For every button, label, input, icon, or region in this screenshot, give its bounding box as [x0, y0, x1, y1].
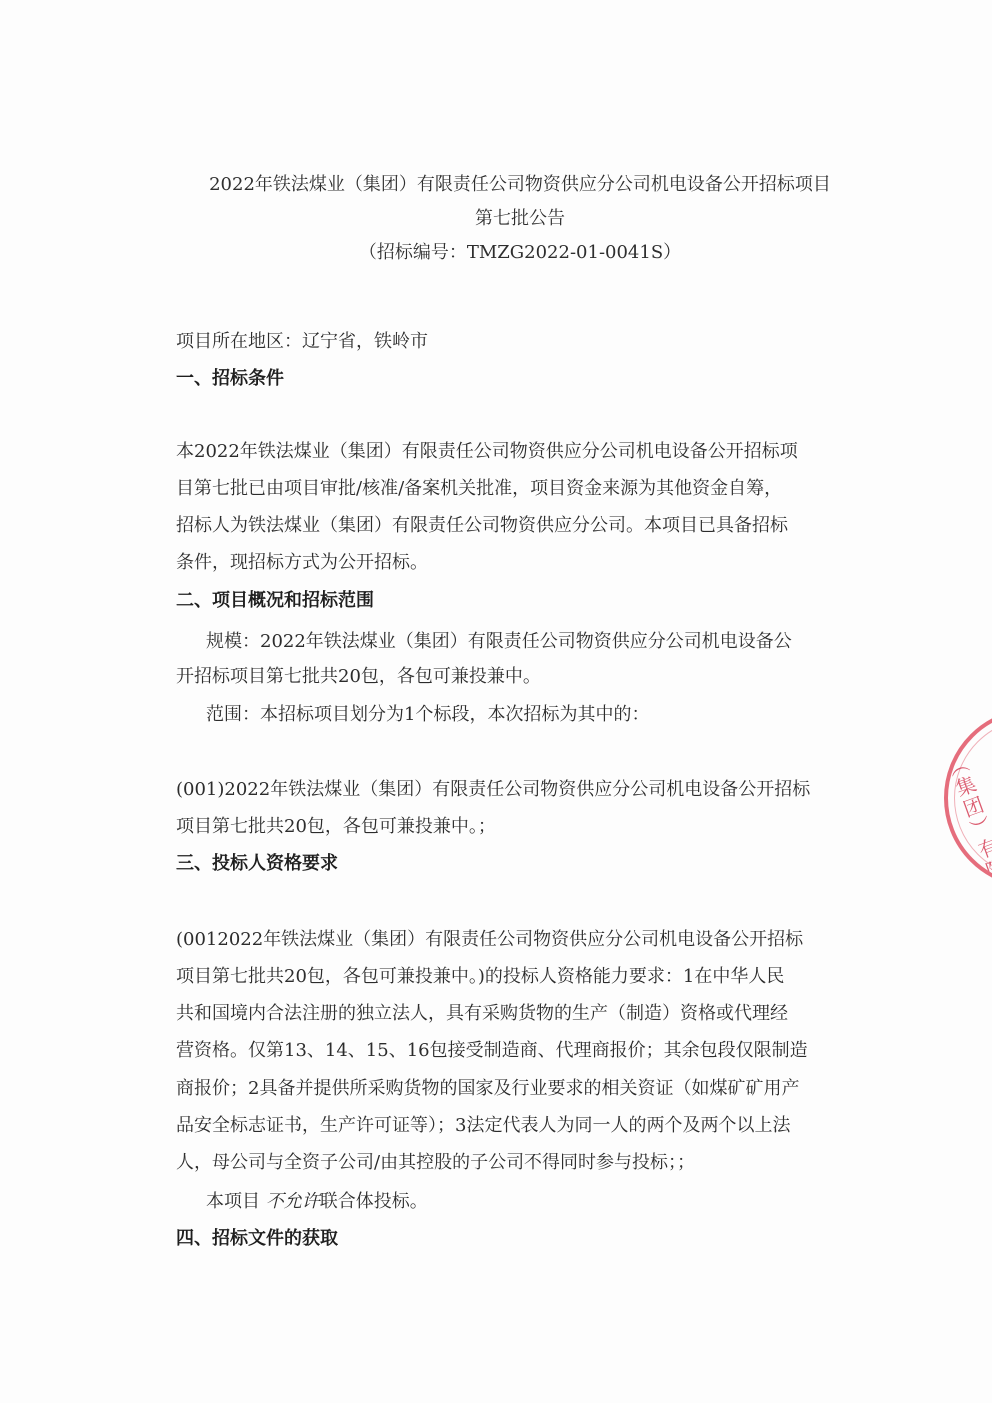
qualification-line: 人，母公司与全资子公司/由其控股的子公司不得同时参与投标；； — [176, 1148, 695, 1178]
consortium-prefix: 本项目 — [206, 1191, 260, 1212]
consortium-not-allowed: 不允许 — [266, 1191, 320, 1212]
section-heading-project-overview: 二、项目概况和招标范围 — [176, 586, 374, 616]
scope-line: 范围：本招标项目划分为1个标段，本次招标为其中的： — [206, 700, 649, 730]
section-heading-bidder-qualifications: 三、投标人资格要求 — [176, 849, 338, 879]
lot-line: 项目第七批共20包，各包可兼投兼中。； — [176, 812, 496, 842]
tender-conditions-line: 条件，现招标方式为公开招标。 — [176, 548, 428, 578]
document-page: 2022年铁法煤业（集团）有限责任公司物资供应分公司机电设备公开招标项目 第七批… — [0, 0, 992, 1403]
document-body: 项目所在地区：辽宁省，铁岭市 一、招标条件 本2022年铁法煤业（集团）有限责任… — [176, 0, 836, 1403]
tender-conditions-line: 招标人为铁法煤业（集团）有限责任公司物资供应分公司。本项目已具备招标 — [176, 511, 788, 541]
qualification-line: 共和国境内合法注册的独立法人，具有采购货物的生产（制造）资格或代理经 — [176, 999, 788, 1029]
qualification-line: (0012022年铁法煤业（集团）有限责任公司物资供应分公司机电设备公开招标 — [176, 925, 803, 955]
consortium-suffix: 联合体投标。 — [320, 1191, 428, 1212]
qualification-line: 品安全标志证书，生产许可证等）；3法定代表人为同一人的两个及两个以上法 — [176, 1111, 790, 1141]
tender-conditions-line: 本2022年铁法煤业（集团）有限责任公司物资供应分公司机电设备公开招标项 — [176, 437, 798, 467]
tender-conditions-line: 目第七批已由项目审批/核准/备案机关批准，项目资金来源为其他资金自筹， — [176, 474, 782, 504]
lot-line: (001)2022年铁法煤业（集团）有限责任公司物资供应分公司机电设备公开招标 — [176, 775, 810, 805]
qualification-line: 营资格。仅第13、14、15、16包接受制造商、代理商报价；其余包段仅限制造 — [176, 1036, 808, 1066]
section-heading-obtain-documents: 四、招标文件的获取 — [176, 1224, 338, 1254]
qualification-line: 商报价；2具备并提供所采购货物的国家及行业要求的相关资证（如煤矿矿用产 — [176, 1074, 799, 1104]
company-seal-stamp: （集团）有限 — [944, 708, 992, 888]
section-heading-tender-conditions: 一、招标条件 — [176, 364, 284, 394]
project-location: 项目所在地区：辽宁省，铁岭市 — [176, 327, 428, 357]
consortium-statement: 本项目 不允许联合体投标。 — [206, 1187, 428, 1217]
scale-line: 规模：2022年铁法煤业（集团）有限责任公司物资供应分公司机电设备公 — [206, 627, 792, 657]
scale-line: 开招标项目第七批共20包，各包可兼投兼中。 — [176, 662, 541, 692]
qualification-line: 项目第七批共20包，各包可兼投兼中。)的投标人资格能力要求：1在中华人民 — [176, 962, 784, 992]
